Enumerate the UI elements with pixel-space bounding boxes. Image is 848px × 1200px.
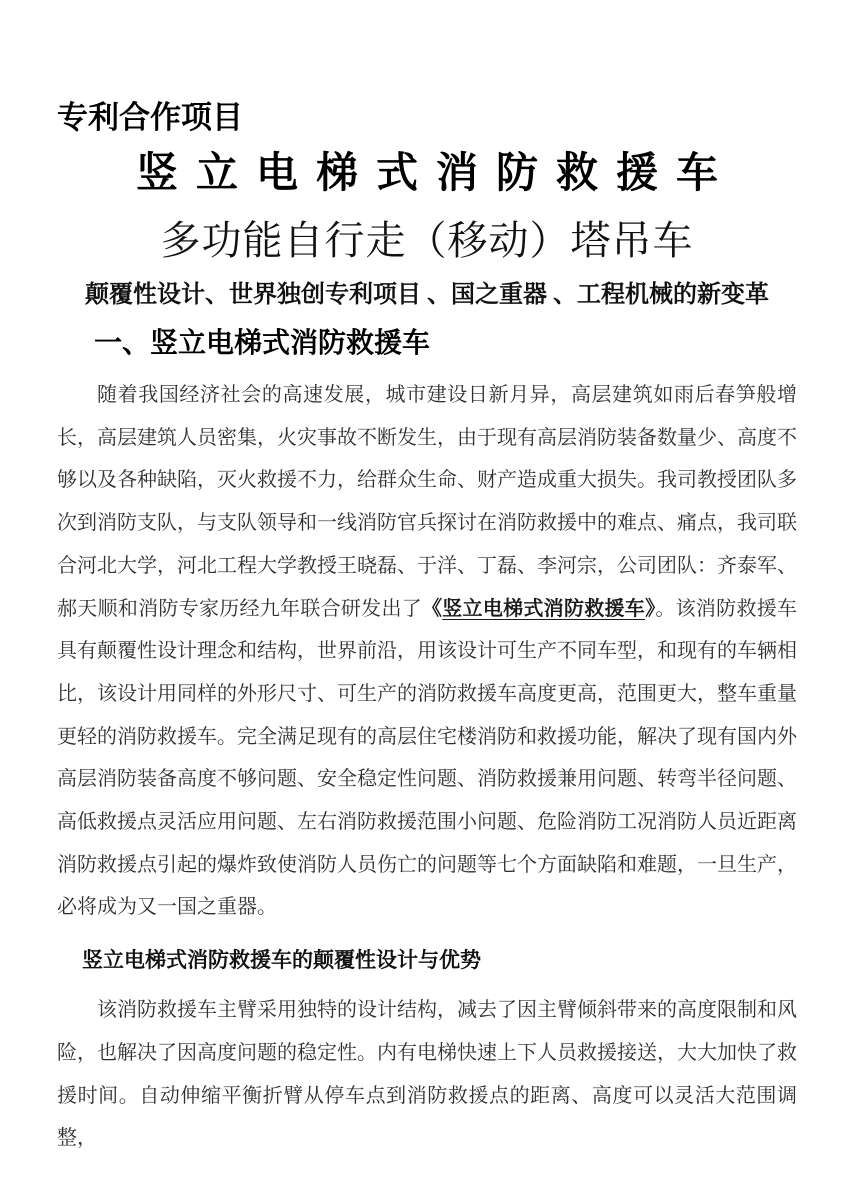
tagline: 颠覆性设计、世界独创专利项目 、国之重器 、工程机械的新变革 (57, 281, 797, 310)
paragraph-1-text-after: 。该消防救援车具有颠覆性设计理念和结构，世界前沿，用该设计可生产不同车型，和现有… (57, 598, 797, 919)
paragraph-1: 随着我国经济社会的高速发展，城市建设日新月异，高层建筑如雨后春笋般增长，高层建筑… (57, 374, 797, 929)
paragraph-2: 该消防救援车主臂采用独特的设计结构，减去了因主臂倾斜带来的高度限制和风险，也解决… (57, 989, 797, 1160)
project-label: 专利合作项目 (57, 100, 797, 136)
book-bracket-open: 《 (422, 598, 442, 620)
section-heading: 一、竖立电梯式消防救援车 (57, 326, 797, 360)
subsection-heading: 竖立电梯式消防救援车的颠覆性设计与优势 (57, 946, 797, 974)
paragraph-1-text-before: 随着我国经济社会的高速发展，城市建设日新月异，高层建筑如雨后春笋般增长，高层建筑… (57, 384, 797, 620)
book-title-underlined: 竖立电梯式消防救援车 (442, 598, 645, 620)
book-title-reference: 《竖立电梯式消防救援车》 (422, 598, 655, 620)
book-bracket-close: 》 (645, 598, 655, 620)
sub-title: 多功能自行走（移动）塔吊车 (57, 218, 797, 264)
main-title: 竖立电梯式消防救援车 (57, 150, 797, 198)
document-content: 专利合作项目 竖立电梯式消防救援车 多功能自行走（移动）塔吊车 颠覆性设计、世界… (0, 0, 848, 1160)
document-page: 专利合作项目 竖立电梯式消防救援车 多功能自行走（移动）塔吊车 颠覆性设计、世界… (0, 0, 848, 1200)
